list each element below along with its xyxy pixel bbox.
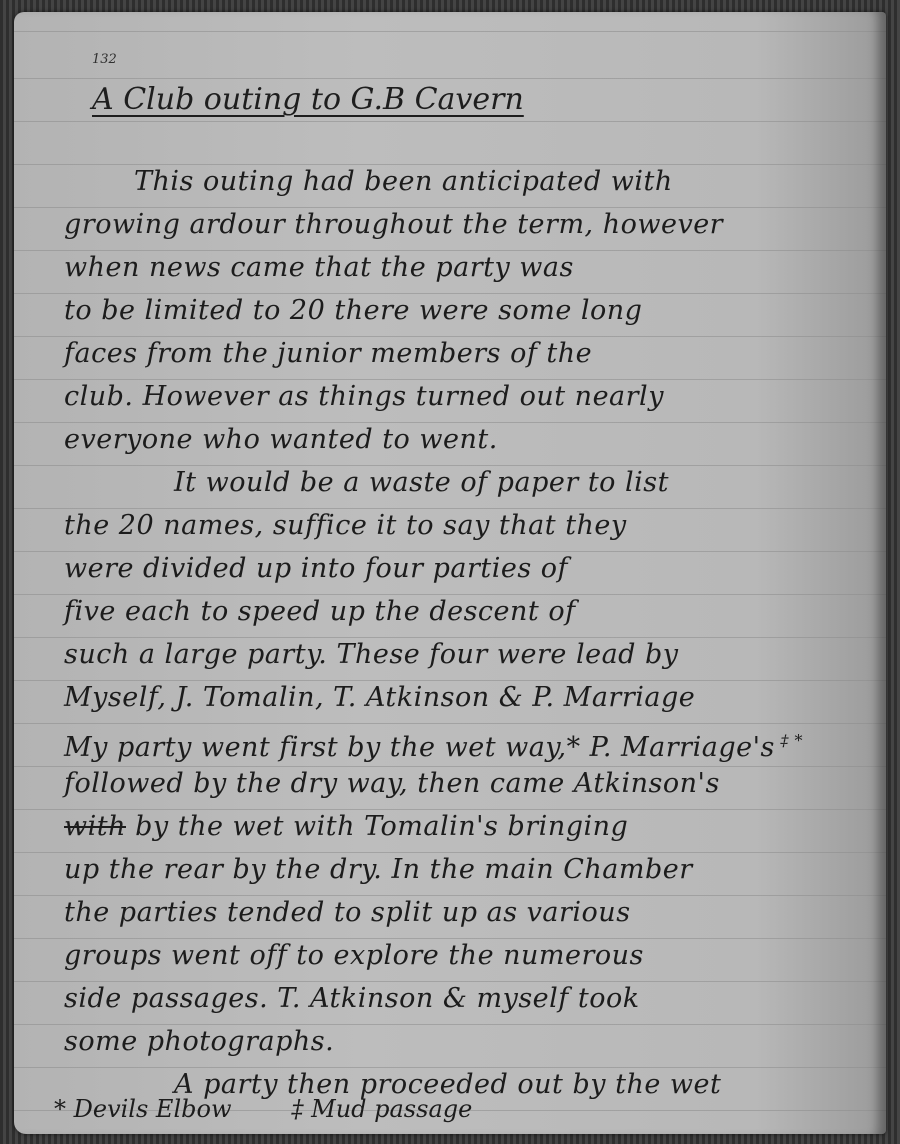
text-line: growing ardour throughout the term, howe… [64, 203, 864, 246]
line-text: everyone who wanted to went. [64, 424, 498, 455]
page-number: 132 [92, 52, 117, 67]
line-text: groups went off to explore the numerous [64, 940, 644, 971]
line-text: My party went first by the wet way,* P. … [64, 732, 775, 763]
line-text: to be limited to 20 there were some long [64, 295, 642, 326]
line-text: side passages. T. Atkinson & myself took [64, 983, 640, 1014]
line-text: some photographs. [64, 1026, 334, 1057]
text-line: side passages. T. Atkinson & myself took [64, 977, 864, 1020]
text-line: five each to speed up the descent of [64, 590, 864, 633]
line-text: the parties tended to split up as variou… [64, 897, 631, 928]
line-text: faces from the junior members of the [64, 338, 592, 369]
text-line: with by the wet with Tomalin's bringing [64, 805, 864, 848]
struck-word: with [64, 811, 126, 842]
text-line: up the rear by the dry. In the main Cham… [64, 848, 864, 891]
footnote: * Devils Elbow [54, 1095, 231, 1123]
line-text: the 20 names, suffice it to say that the… [64, 510, 627, 541]
line-text: club. However as things turned out nearl… [64, 381, 664, 412]
line-text: Myself, J. Tomalin, T. Atkinson & P. Mar… [64, 682, 695, 713]
text-line: faces from the junior members of the [64, 332, 864, 375]
text-line: groups went off to explore the numerous [64, 934, 864, 977]
text-line: when news came that the party was [64, 246, 864, 289]
line-text: such a large party. These four were lead… [64, 639, 679, 670]
line-text: by the wet with Tomalin's bringing [135, 811, 628, 842]
text-line: My party went first by the wet way,* P. … [64, 719, 864, 762]
text-line: club. However as things turned out nearl… [64, 375, 864, 418]
line-text: It would be a waste of paper to list [174, 467, 669, 498]
line-text: five each to speed up the descent of [64, 596, 576, 627]
line-text: when news came that the party was [64, 252, 574, 283]
line-text: This outing had been anticipated with [134, 166, 673, 197]
page-title: A Club outing to G.B Cavern [92, 82, 524, 117]
footnote-marks: ‡ * [775, 731, 803, 750]
text-line: the parties tended to split up as variou… [64, 891, 864, 934]
text-line: It would be a waste of paper to list [64, 461, 864, 504]
line-text: growing ardour throughout the term, howe… [64, 209, 723, 240]
text-line: the 20 names, suffice it to say that the… [64, 504, 864, 547]
line-text: followed by the dry way, then came Atkin… [64, 768, 720, 799]
notebook-page: 132 A Club outing to G.B Cavern This out… [14, 12, 886, 1134]
line-text: were divided up into four parties of [64, 553, 568, 584]
line-text: up the rear by the dry. In the main Cham… [64, 854, 693, 885]
handwritten-body: This outing had been anticipated withgro… [64, 160, 864, 1106]
text-line: This outing had been anticipated with [64, 160, 864, 203]
text-line: were divided up into four parties of [64, 547, 864, 590]
text-line: to be limited to 20 there were some long [64, 289, 864, 332]
footnotes: * Devils Elbow‡ Mud passage [54, 1095, 874, 1123]
text-line: followed by the dry way, then came Atkin… [64, 762, 864, 805]
text-line: some photographs. [64, 1020, 864, 1063]
footnote: ‡ Mud passage [291, 1095, 472, 1123]
text-line: such a large party. These four were lead… [64, 633, 864, 676]
text-line: everyone who wanted to went. [64, 418, 864, 461]
text-line: Myself, J. Tomalin, T. Atkinson & P. Mar… [64, 676, 864, 719]
